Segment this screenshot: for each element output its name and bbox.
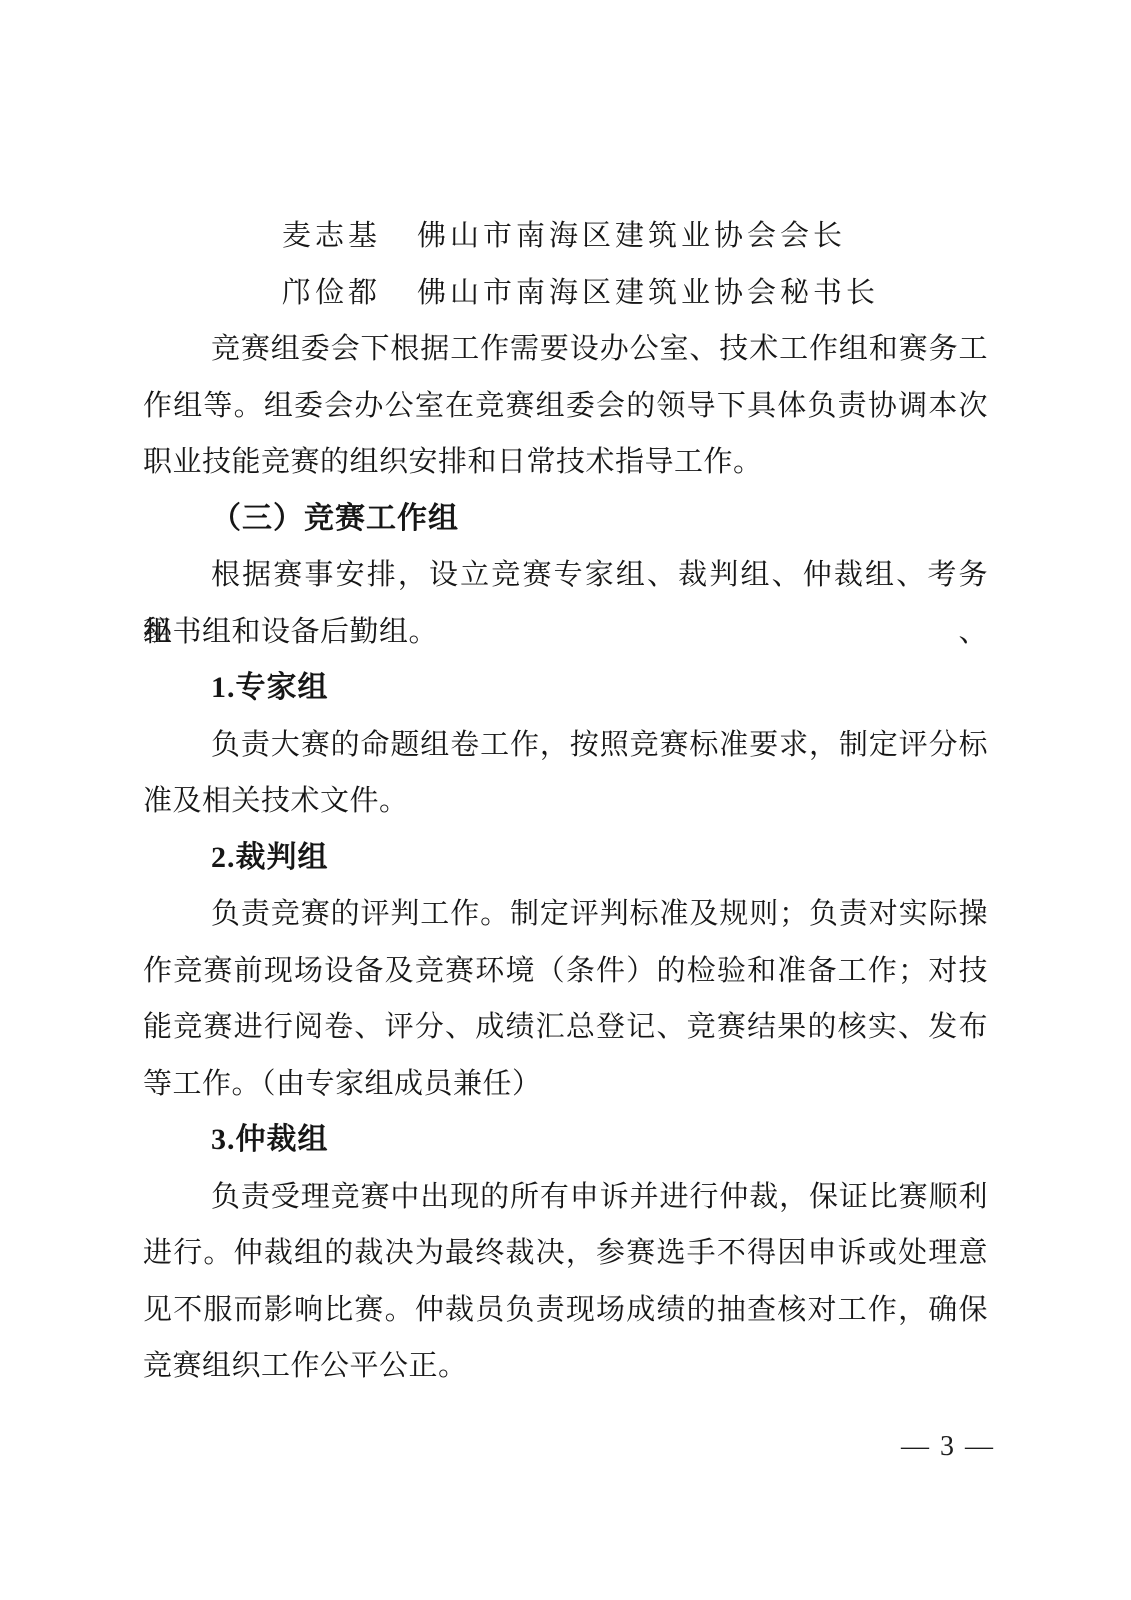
- paragraph-line: 负责受理竞赛中出现的所有申诉并进行仲裁，保证比赛顺利: [143, 1169, 988, 1226]
- page-number: — 3 —: [901, 1431, 995, 1463]
- paragraph-line: 竞赛组织工作公平公正。: [143, 1338, 988, 1395]
- paragraph-line: 负责竞赛的评判工作。制定评判标准及规则；负责对实际操: [143, 886, 988, 943]
- paragraph-line: 根据赛事安排，设立竞赛专家组、裁判组、仲裁组、考务组、: [143, 547, 988, 604]
- group-heading: 1.专家组: [143, 660, 988, 717]
- paragraph-line: 作组等。组委会办公室在竞赛组委会的领导下具体负责协调本次: [143, 378, 988, 435]
- paragraph-line: 见不服而影响比赛。仲裁员负责现场成绩的抽查核对工作，确保: [143, 1282, 988, 1339]
- leader-title: 佛山市南海区建筑业协会秘书长: [417, 277, 879, 309]
- document-page: 麦志基佛山市南海区建筑业协会会长 邝俭都佛山市南海区建筑业协会秘书长 竞赛组委会…: [0, 0, 1131, 1600]
- paragraph-line: 作竞赛前现场设备及竞赛环境（条件）的检验和准备工作；对技: [143, 943, 988, 1000]
- leader-line: 麦志基佛山市南海区建筑业协会会长: [143, 208, 988, 265]
- section-heading: （三）竞赛工作组: [143, 491, 988, 548]
- document-body: 麦志基佛山市南海区建筑业协会会长 邝俭都佛山市南海区建筑业协会秘书长 竞赛组委会…: [143, 208, 988, 1395]
- paragraph-line: 职业技能竞赛的组织安排和日常技术指导工作。: [143, 434, 988, 491]
- paragraph-line: 进行。仲裁组的裁决为最终裁决，参赛选手不得因申诉或处理意: [143, 1225, 988, 1282]
- paragraph-line: 竞赛组委会下根据工作需要设办公室、技术工作组和赛务工: [143, 321, 988, 378]
- leader-line: 邝俭都佛山市南海区建筑业协会秘书长: [143, 265, 988, 322]
- paragraph-line: 等工作。（由专家组成员兼任）: [143, 1056, 988, 1113]
- paragraph-line: 准及相关技术文件。: [143, 773, 988, 830]
- paragraph-line: 能竞赛进行阅卷、评分、成绩汇总登记、竞赛结果的核实、发布: [143, 999, 988, 1056]
- leader-name: 邝俭都: [282, 277, 381, 309]
- paragraph-line: 负责大赛的命题组卷工作，按照竞赛标准要求，制定评分标: [143, 717, 988, 774]
- leader-title: 佛山市南海区建筑业协会会长: [417, 220, 846, 252]
- group-heading: 2.裁判组: [143, 830, 988, 887]
- leader-name: 麦志基: [282, 220, 381, 252]
- group-heading: 3.仲裁组: [143, 1112, 988, 1169]
